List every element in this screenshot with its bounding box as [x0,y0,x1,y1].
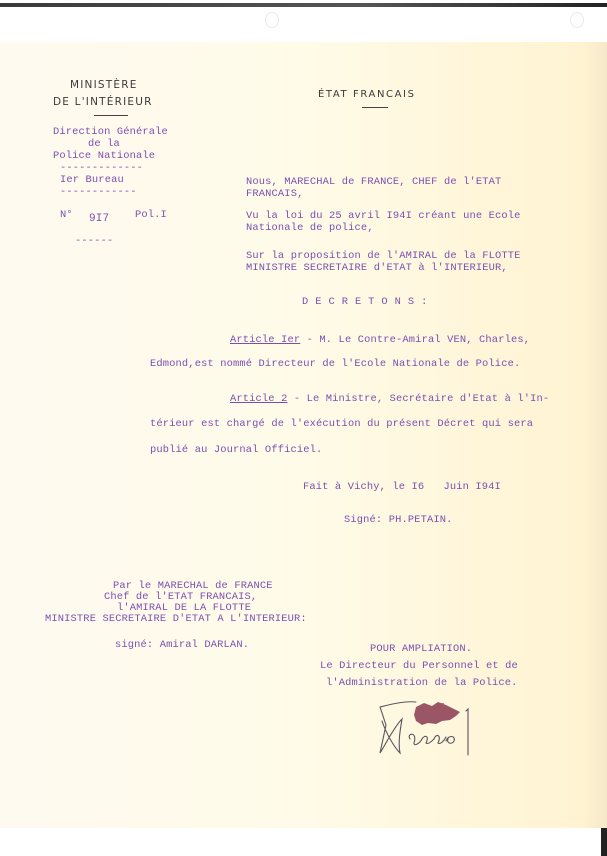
direction-line-3: Police Nationale [53,150,155,162]
separator-dashes: ------------- [60,162,143,174]
ink-stamp-smudge [414,702,460,725]
decree-heading: DECRETONS: [302,296,434,308]
document-number: 9I7 [89,213,109,225]
preamble-2-line-2: Nationale de police, [246,222,374,234]
scan-top-edge [0,3,607,7]
article-2-line-1: Article 2 - Le Ministre, Secrétaire d'Et… [230,393,549,405]
article-1-line-2: Edmond,est nommé Directeur de l'Ecole Na… [150,358,520,370]
preamble-1-line-2: FRANCAIS, [246,188,303,200]
ministry-rule [94,115,128,116]
place-and-date: Fait à Vichy, le I6 Juin I94I [303,481,501,493]
article-2-line-3: publié au Journal Officiel. [150,444,322,456]
handwritten-signature-icon [376,697,496,759]
article-2-line-2: térieur est chargé de l'exécution du pré… [150,418,533,430]
state-heading: ÉTAT FRANCAIS [318,89,416,100]
preamble-3-line-1: Sur la proposition de l'AMIRAL de la FLO… [246,250,521,262]
article-1-line-1: Article Ier - M. Le Contre-Amiral VEN, C… [230,334,530,346]
ministry-line-1: MINISTÈRE [70,79,138,91]
bureau-label: Ier Bureau [60,174,124,186]
direction-line-1: Direction Générale [53,126,168,138]
state-rule [362,107,388,108]
punch-hole-mark [570,12,584,28]
ministry-line-2: DE L'INTÉRIEUR [53,96,153,108]
certification-line-2: Le Directeur du Personnel et de [320,660,518,672]
petain-signature-line: Signé: PH.PETAIN. [344,514,453,526]
certification-heading: POUR AMPLIATION. [370,643,472,655]
darlan-signature-line: signé: Amiral DARLAN. [115,639,249,651]
number-label: N° [60,209,73,221]
punch-hole-mark [265,12,279,28]
separator-dashes: ------------ [60,186,137,198]
preamble-3-line-2: MINISTRE SECRETAIRE d'ETAT à l'INTERIEUR… [246,262,508,274]
countersign-line-4: MINISTRE SECRETAIRE D'ETAT A L'INTERIEUR… [45,613,307,625]
reference-code: Pol.I [135,209,167,221]
certification-line-3: l'Administration de la Police. [326,677,518,689]
article-2-label: Article 2 [230,393,287,405]
article-1-label: Article Ier [230,334,300,346]
scan-bottom-edge [601,828,607,856]
preamble-2-line-1: Vu la loi du 25 avril I94I créant une Ec… [246,210,521,222]
separator-dashes: ------ [75,235,113,247]
preamble-1-line-1: Nous, MARECHAL de FRANCE, CHEF de l'ETAT [246,176,501,188]
direction-line-2: de la [88,138,120,150]
